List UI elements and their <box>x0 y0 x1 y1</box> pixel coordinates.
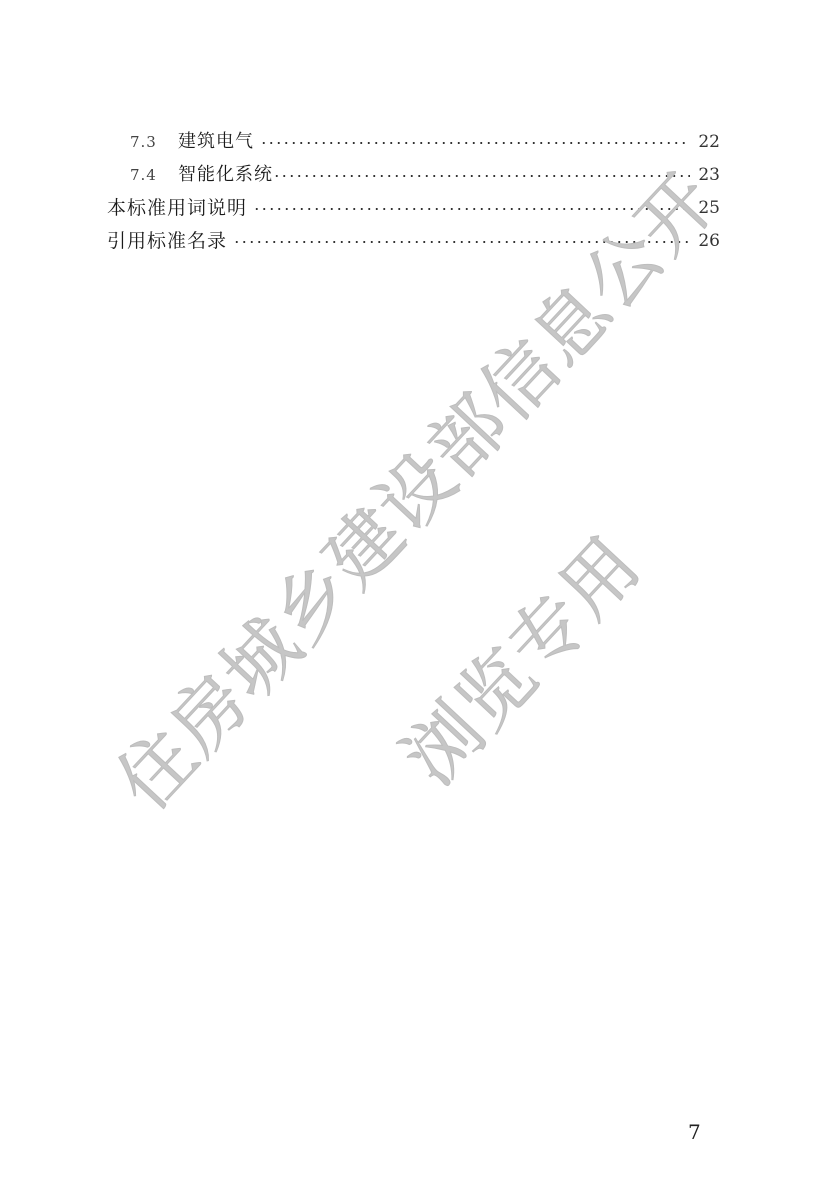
toc-entry-7-3[interactable]: 7.3 建筑电气 22 <box>130 127 720 157</box>
toc-page-ref: 25 <box>698 193 720 223</box>
dot-leader <box>260 127 690 157</box>
toc-entry-7-4[interactable]: 7.4 智能化系统 23 <box>130 160 720 190</box>
toc-page-ref: 26 <box>698 226 720 256</box>
watermark-line-2: 浏览专用 <box>376 510 661 805</box>
toc-page-ref: 22 <box>698 127 720 157</box>
section-number: 7.3 <box>130 127 178 157</box>
toc-entry-title: 引用标准名录 <box>107 226 227 256</box>
toc-entry-wording-explanation[interactable]: 本标准用词说明 25 <box>107 193 720 223</box>
toc-entry-title: 智能化系统 <box>178 160 273 190</box>
section-number: 7.4 <box>130 160 178 190</box>
toc-entry-normative-references[interactable]: 引用标准名录 26 <box>107 226 720 256</box>
document-page: 7.3 建筑电气 22 7.4 智能化系统 23 本标准用词说明 25 引用标准… <box>0 0 827 1198</box>
dot-leader <box>273 160 690 190</box>
page-number: 7 <box>688 1120 701 1144</box>
toc-page-ref: 23 <box>698 160 720 190</box>
dot-leader <box>253 193 690 223</box>
toc-entry-title: 建筑电气 <box>178 127 254 157</box>
dot-leader <box>233 226 690 256</box>
toc-entry-title: 本标准用词说明 <box>107 193 247 223</box>
